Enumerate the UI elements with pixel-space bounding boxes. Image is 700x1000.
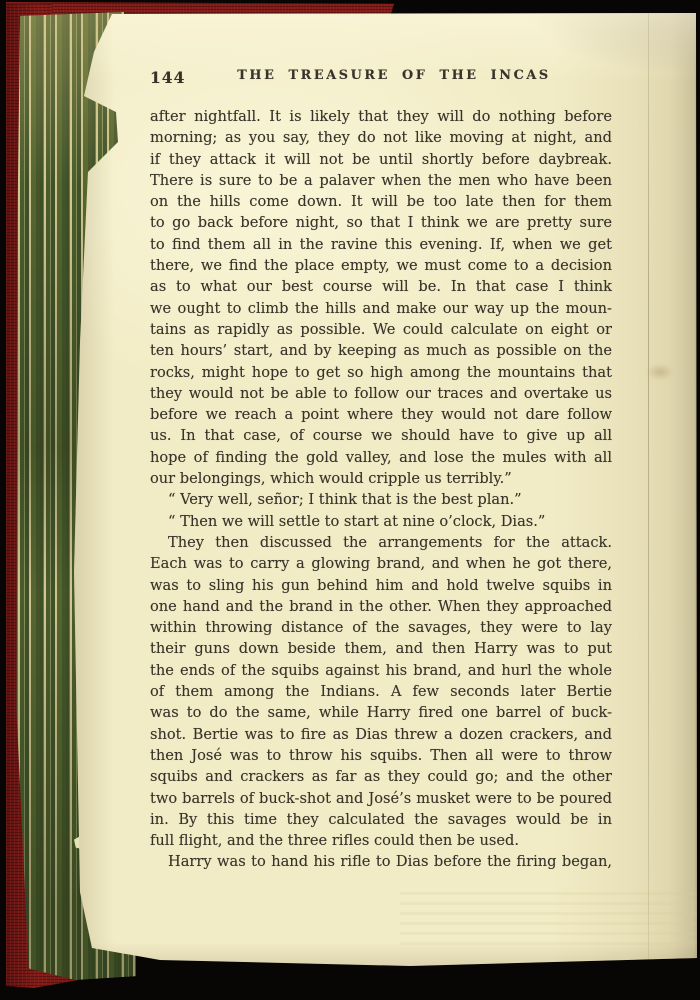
text-line: squibs and crackers as far as they could…: [150, 766, 612, 787]
text-line: of them among the Indians. A few seconds…: [150, 681, 612, 702]
page-smudge: [646, 364, 674, 380]
text-line: in. By this time they calculated the sav…: [150, 809, 612, 830]
paragraph: after nightfall. It is likely that they …: [150, 106, 612, 489]
text-line: then José was to throw his squibs. Then …: [150, 745, 612, 766]
text-line: we ought to climb the hills and make our…: [150, 298, 612, 319]
text-line: there, we find the place empty, we must …: [150, 255, 612, 276]
book-photo: 144 THE TREASURE OF THE INCAS after nigh…: [0, 0, 700, 1000]
text-line: our belongings, which would cripple us t…: [150, 468, 612, 489]
text-line: two barrels of buck-shot and José’s musk…: [150, 788, 612, 809]
page-crease: [648, 12, 649, 972]
text-line: within throwing distance of the savages,…: [150, 617, 612, 638]
text-line: morning; as you say, they do not like mo…: [150, 127, 612, 148]
page-number: 144: [150, 68, 185, 87]
text-line: “ Very well, señor; I think that is the …: [150, 489, 612, 510]
text-line: hope of finding the gold valley, and los…: [150, 447, 612, 468]
text-line: They then discussed the arrangements for…: [150, 532, 612, 553]
text-line: if they attack it will not be until shor…: [150, 149, 612, 170]
text-line: the ends of the squibs against his brand…: [150, 660, 612, 681]
text-line: “ Then we will settle to start at nine o…: [150, 511, 612, 532]
text-line: on the hills come down. It will be too l…: [150, 191, 612, 212]
text-line: There is sure to be a palaver when the m…: [150, 170, 612, 191]
text-line: us. In that case, of course we should ha…: [150, 425, 612, 446]
text-line: before we reach a point where they would…: [150, 404, 612, 425]
text-line: Each was to carry a glowing brand, and w…: [150, 553, 612, 574]
text-line: one hand and the brand in the other. Whe…: [150, 596, 612, 617]
scan-streaks: [400, 892, 698, 950]
text-line: to go back before night, so that I think…: [150, 212, 612, 233]
text-line: ten hours’ start, and by keeping as much…: [150, 340, 612, 361]
running-title: THE TREASURE OF THE INCAS: [150, 68, 612, 83]
paragraph: “ Very well, señor; I think that is the …: [150, 489, 612, 510]
text-line: shot. Bertie was to fire as Dias threw a…: [150, 724, 612, 745]
paragraph: They then discussed the arrangements for…: [150, 532, 612, 851]
paragraph: Harry was to hand his rifle to Dias befo…: [150, 851, 612, 872]
text-line: was to do the same, while Harry fired on…: [150, 702, 612, 723]
book-page: 144 THE TREASURE OF THE INCAS after nigh…: [70, 12, 698, 972]
text-line: tains as rapidly as possible. We could c…: [150, 319, 612, 340]
text-line: Harry was to hand his rifle to Dias befo…: [150, 851, 612, 872]
body-text: after nightfall. It is likely that they …: [150, 106, 612, 873]
text-line: full flight, and the three rifles could …: [150, 830, 612, 851]
page-header: 144 THE TREASURE OF THE INCAS: [150, 68, 612, 88]
text-line: was to sling his gun behind him and hold…: [150, 575, 612, 596]
paragraph: “ Then we will settle to start at nine o…: [150, 511, 612, 532]
text-line: as to what our best course will be. In t…: [150, 276, 612, 297]
page-content: 144 THE TREASURE OF THE INCAS after nigh…: [150, 68, 612, 873]
text-line: their guns down beside them, and then Ha…: [150, 638, 612, 659]
text-line: rocks, might hope to get so high among t…: [150, 362, 612, 383]
text-line: they would not be able to follow our tra…: [150, 383, 612, 404]
text-line: after nightfall. It is likely that they …: [150, 106, 612, 127]
text-line: to find them all in the ravine this even…: [150, 234, 612, 255]
